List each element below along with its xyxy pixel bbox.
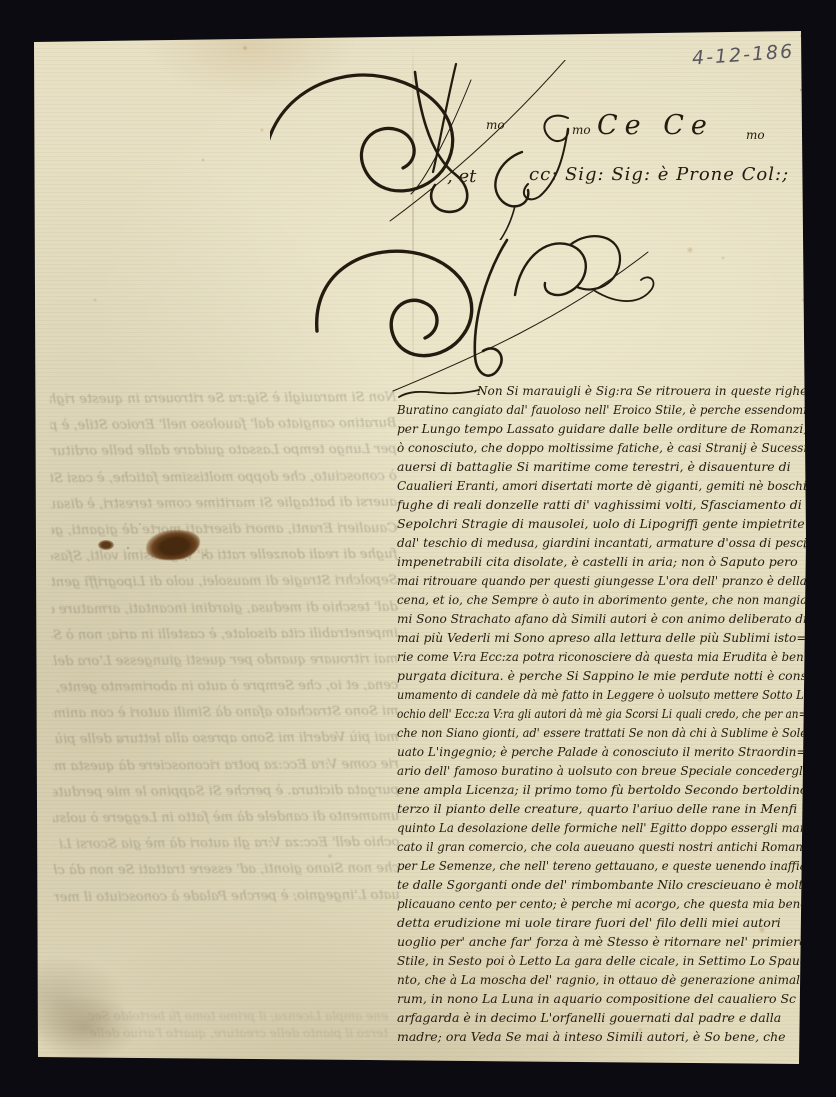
manuscript-page: Non Si marauigli è Sig:ra Se ritrouera i… bbox=[0, 0, 836, 1097]
ink-stain-specks bbox=[0, 0, 836, 1097]
scan-background: Non Si marauigli è Sig:ra Se ritrouera i… bbox=[0, 0, 836, 1097]
